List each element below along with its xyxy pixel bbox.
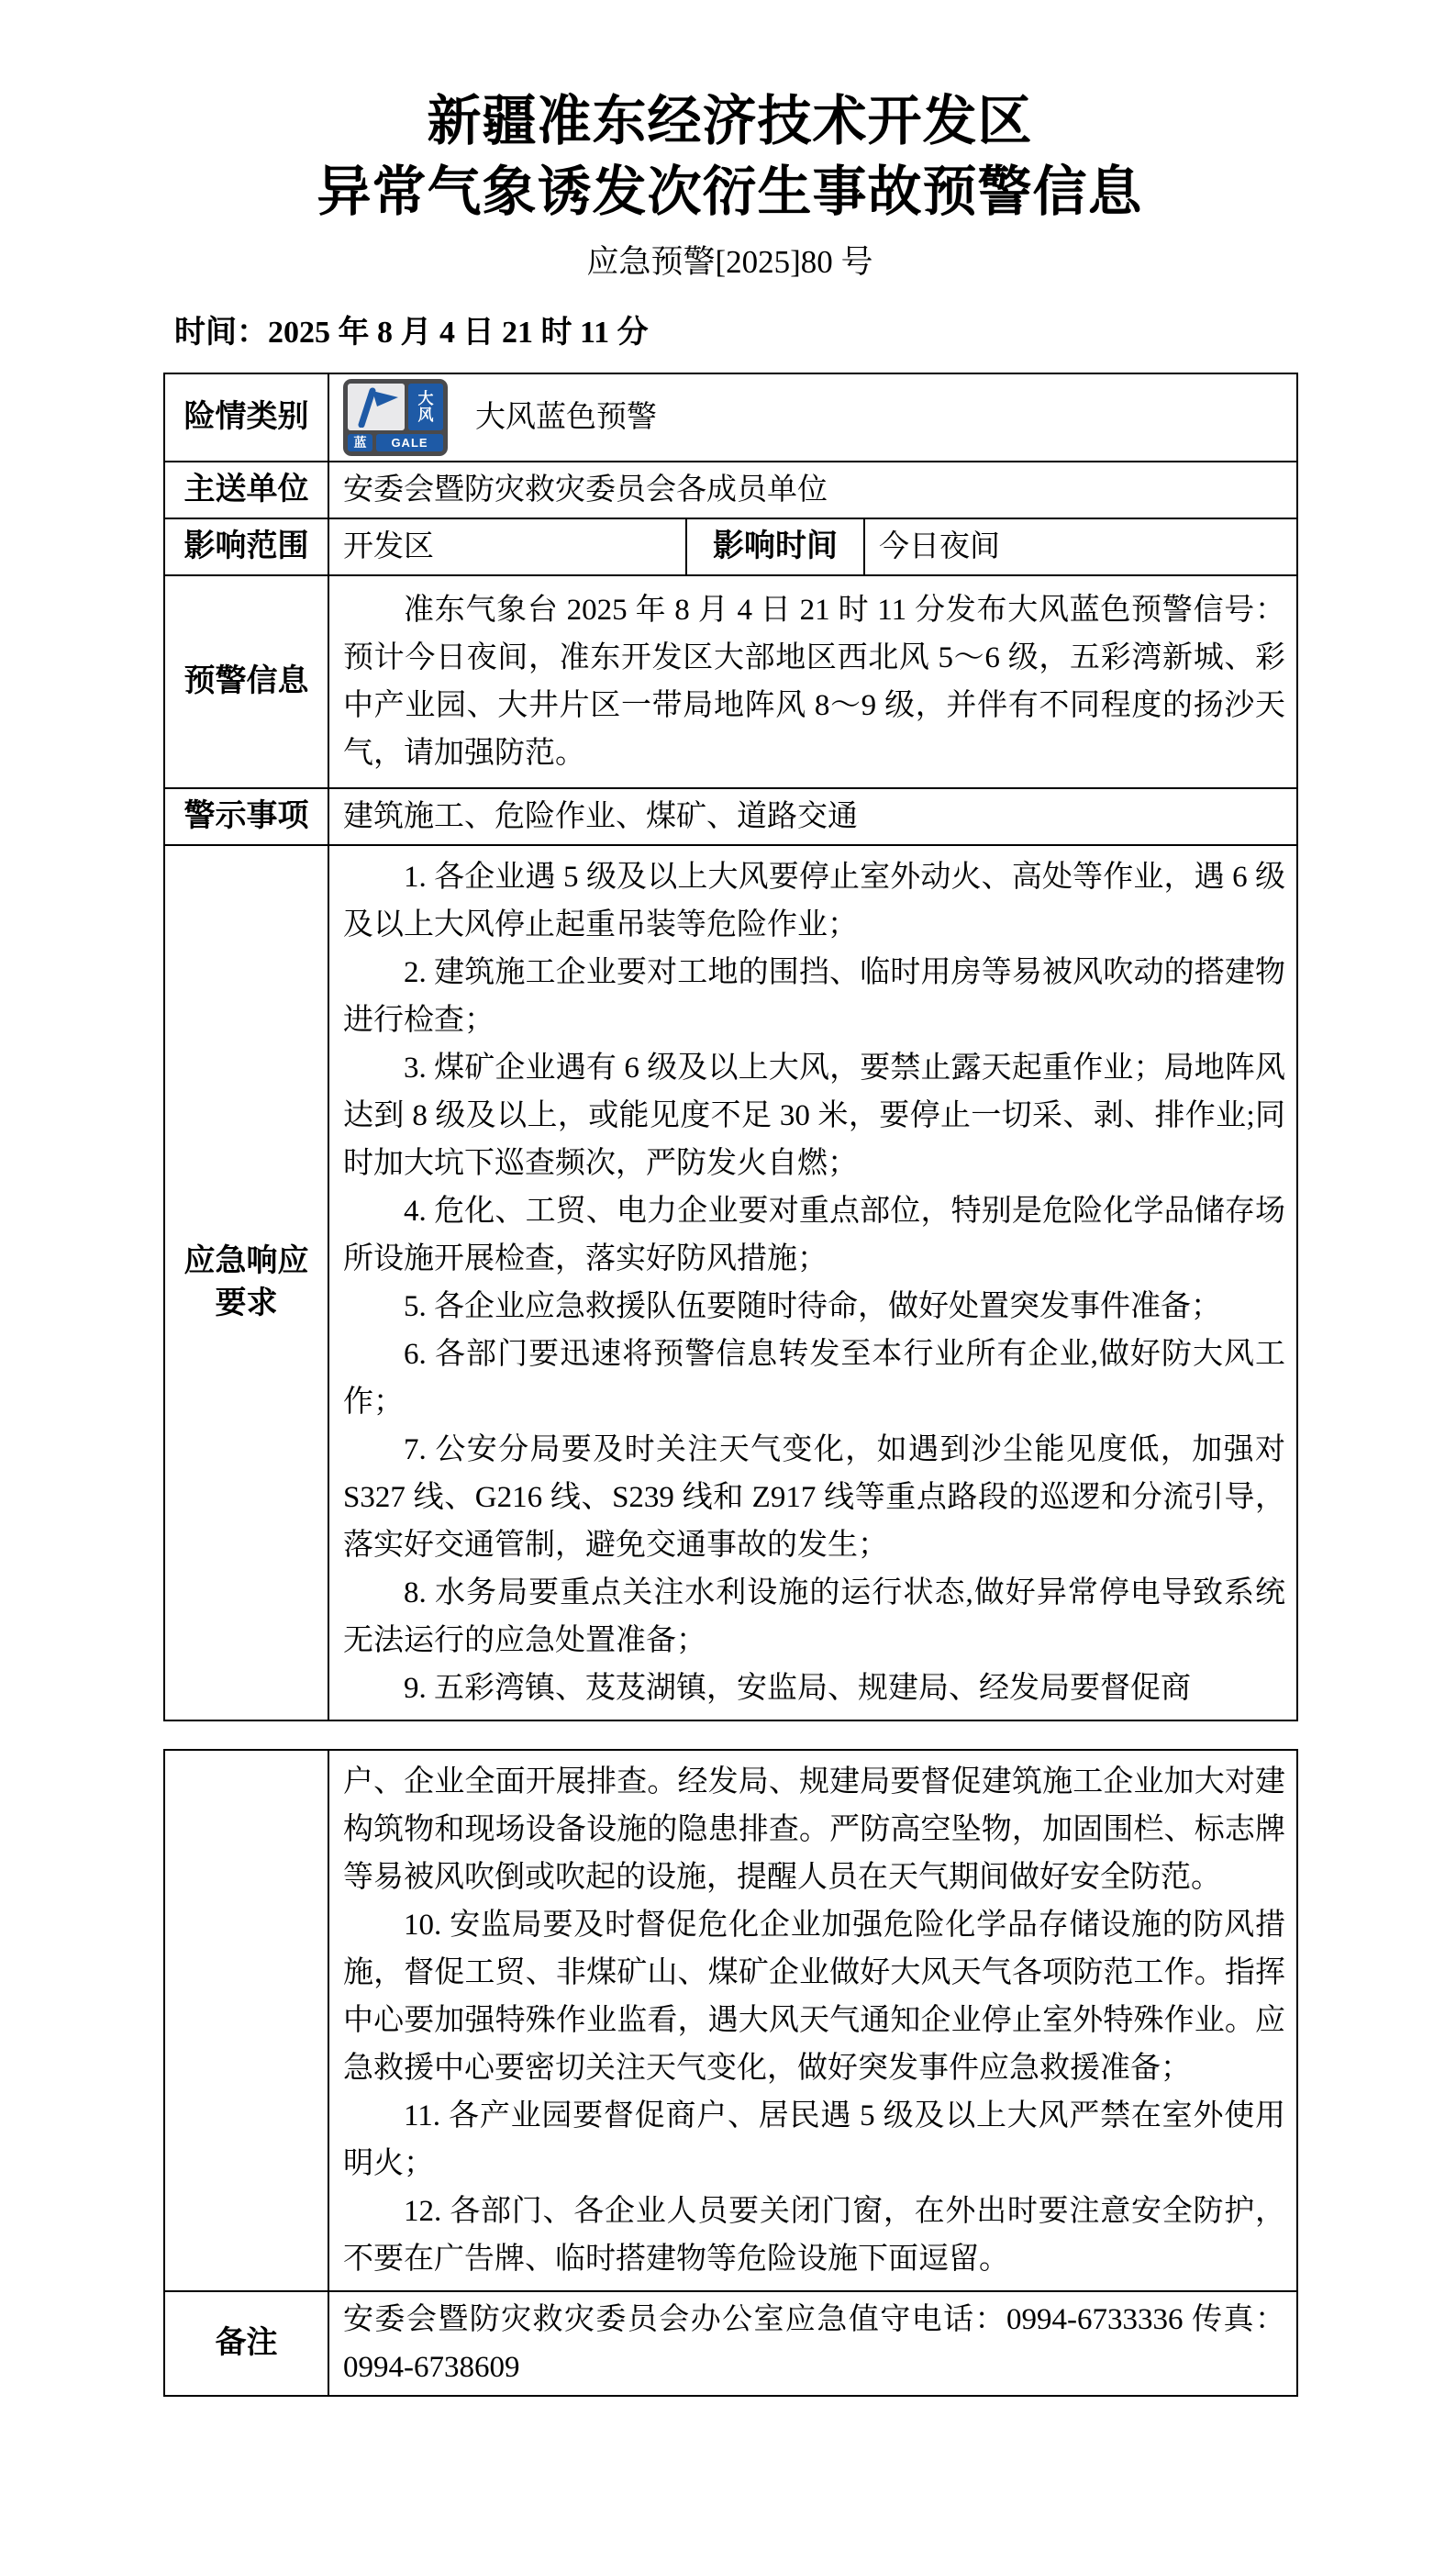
- emergency-item-9: 9. 五彩湾镇、芨芨湖镇，安监局、规建局、经发局要督促商: [343, 1665, 1285, 1712]
- gale-blue-warning-icon: 大风 蓝 GALE: [343, 379, 448, 456]
- emergency-item-5: 5. 各企业应急救援队伍要随时待命，做好处置突发事件准备；: [343, 1283, 1285, 1331]
- remark-paragraph: 安委会暨防灾救灾委员会办公室应急值守电话：0994-6733336 传真：099…: [343, 2296, 1285, 2391]
- warning-info-value: 准东气象台 2025 年 8 月 4 日 21 时 11 分发布大风蓝色预警信号…: [328, 575, 1297, 788]
- doc-number: 应急预警[2025]80 号: [163, 242, 1296, 283]
- table-row: 影响范围 开发区 影响时间 今日夜间: [164, 518, 1297, 575]
- table-row: 警示事项 建筑施工、危险作业、煤矿、道路交通: [164, 788, 1297, 845]
- wind-flag-icon: [348, 384, 405, 430]
- risk-type-value: 大风蓝色预警: [475, 394, 657, 441]
- warning-table-2: 户、企业全面开展排查。经发局、规建局要督促建筑施工企业加大对建构筑物和现场设备设…: [163, 1749, 1298, 2397]
- alert-matters-value: 建筑施工、危险作业、煤矿、道路交通: [328, 788, 1297, 845]
- issue-time: 时间：2025 年 8 月 4 日 21 时 11 分: [174, 314, 1296, 352]
- page-break-gap: [163, 1721, 1296, 1749]
- recipients-value: 安委会暨防灾救灾委员会各成员单位: [328, 462, 1297, 518]
- document-page: 新疆准东经济技术开发区 异常气象诱发次衍生事故预警信息 应急预警[2025]80…: [0, 0, 1456, 2561]
- emergency-item-6: 6. 各部门要迅速将预警信息转发至本行业所有企业,做好防大风工作；: [343, 1331, 1285, 1426]
- table-row: 预警信息 准东气象台 2025 年 8 月 4 日 21 时 11 分发布大风蓝…: [164, 575, 1297, 788]
- emergency-item-2: 2. 建筑施工企业要对工地的围挡、临时用房等易被风吹动的搭建物进行检查；: [343, 949, 1285, 1044]
- emergency-item-11: 11. 各产业园要督促商户、居民遇 5 级及以上大风严禁在室外使用明火；: [343, 2092, 1285, 2188]
- emergency-item-12: 12. 各部门、各企业人员要关闭门窗，在外出时要注意安全防护，不要在广告牌、临时…: [343, 2188, 1285, 2283]
- table-row: 备注 安委会暨防灾救灾委员会办公室应急值守电话：0994-6733336 传真：…: [164, 2291, 1297, 2396]
- emergency-item-8: 8. 水务局要重点关注水利设施的运行状态,做好异常停电导致系统无法运行的应急处置…: [343, 1569, 1285, 1665]
- doc-title-line1: 新疆准东经济技术开发区: [163, 86, 1296, 157]
- emergency-item-9-continued: 户、企业全面开展排查。经发局、规建局要督促建筑施工企业加大对建构筑物和现场设备设…: [343, 1758, 1285, 1901]
- scope-label: 影响范围: [164, 518, 328, 575]
- table-row: 险情类别 大风: [164, 373, 1297, 462]
- table-row: 户、企业全面开展排查。经发局、规建局要督促建筑施工企业加大对建构筑物和现场设备设…: [164, 1750, 1297, 2291]
- alert-matters-label: 警示事项: [164, 788, 328, 845]
- recipients-label: 主送单位: [164, 462, 328, 518]
- blue-level-badge: 蓝: [348, 434, 372, 451]
- warning-info-label: 预警信息: [164, 575, 328, 788]
- risk-type-label: 险情类别: [164, 373, 328, 462]
- gale-en-badge: GALE: [376, 434, 443, 451]
- period-label: 影响时间: [686, 518, 864, 575]
- emergency-response-value: 1. 各企业遇 5 级及以上大风要停止室外动火、高处等作业，遇 6 级及以上大风…: [328, 845, 1297, 1720]
- emergency-item-4: 4. 危化、工贸、电力企业要对重点部位，特别是危险化学品储存场所设施开展检查，落…: [343, 1187, 1285, 1283]
- period-value: 今日夜间: [864, 518, 1297, 575]
- emergency-response-label-continued: [164, 1750, 328, 2291]
- emergency-item-3: 3. 煤矿企业遇有 6 级及以上大风，要禁止露天起重作业；局地阵风达到 8 级及…: [343, 1044, 1285, 1187]
- emergency-item-10: 10. 安监局要及时督促危化企业加强危险化学品存储设施的防风措施，督促工贸、非煤…: [343, 1901, 1285, 2092]
- doc-title-line2: 异常气象诱发次衍生事故预警信息: [163, 157, 1296, 228]
- emergency-item-1: 1. 各企业遇 5 级及以上大风要停止室外动火、高处等作业，遇 6 级及以上大风…: [343, 853, 1285, 949]
- emergency-response-label: 应急响应要求: [164, 845, 328, 1720]
- scope-value: 开发区: [328, 518, 686, 575]
- remark-value: 安委会暨防灾救灾委员会办公室应急值守电话：0994-6733336 传真：099…: [328, 2291, 1297, 2396]
- remark-label: 备注: [164, 2291, 328, 2396]
- table-row: 主送单位 安委会暨防灾救灾委员会各成员单位: [164, 462, 1297, 518]
- warning-info-paragraph: 准东气象台 2025 年 8 月 4 日 21 时 11 分发布大风蓝色预警信号…: [343, 586, 1285, 777]
- emergency-item-7: 7. 公安分局要及时关注天气变化，如遇到沙尘能见度低，加强对 S327 线、G2…: [343, 1426, 1285, 1569]
- emergency-response-value-continued: 户、企业全面开展排查。经发局、规建局要督促建筑施工企业加大对建构筑物和现场设备设…: [328, 1750, 1297, 2291]
- gale-type-text: 大风: [408, 384, 443, 430]
- table-row: 应急响应要求 1. 各企业遇 5 级及以上大风要停止室外动火、高处等作业，遇 6…: [164, 845, 1297, 1720]
- warning-table-1: 险情类别 大风: [163, 373, 1298, 1721]
